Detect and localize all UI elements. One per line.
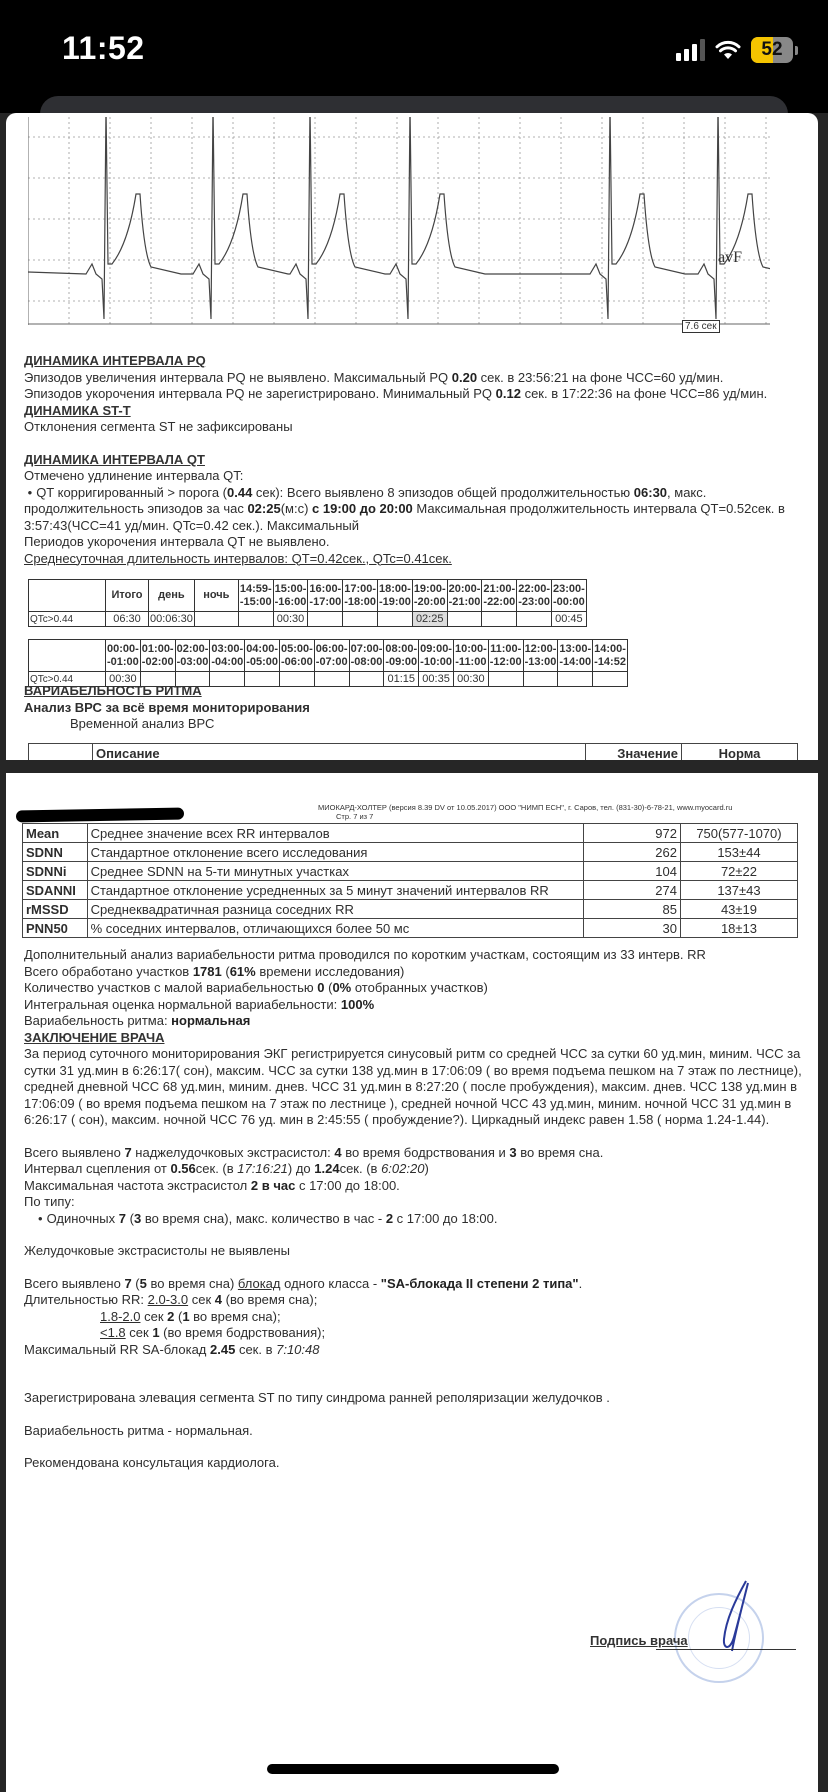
qt-col-header: 03:00--04:00 — [210, 640, 245, 672]
qt-col-header: 22:00--23:00 — [517, 580, 552, 612]
hrv-row: SDANNIСтандартное отклонение усредненных… — [23, 881, 798, 900]
qt-cell — [308, 612, 343, 627]
qt-hourly-table-1: Итогоденьночь14:59--15:0015:00--16:0016:… — [28, 579, 587, 627]
battery-level: 52 — [761, 39, 782, 61]
qt-col-header: 13:00--14:00 — [558, 640, 593, 672]
document-viewer[interactable]: avF 7.6 сек ДИНАМИКА ИНТЕРВАЛА PQ Эпизод… — [0, 113, 828, 1792]
ecg-scale-label: 7.6 сек — [682, 320, 720, 333]
hrv-row: PNN50% соседних интервалов, отличающихся… — [23, 919, 798, 938]
qt-title: ДИНАМИКА ИНТЕРВАЛА QT — [24, 452, 804, 469]
sve-line-1: Всего выявлено 7 наджелудочковых экстрас… — [24, 1145, 814, 1162]
home-indicator[interactable] — [267, 1764, 559, 1774]
hrv-time-analysis: Временной анализ ВРС — [24, 716, 804, 733]
sve-line-3: Максимальная частота экстрасистол 2 в ча… — [24, 1178, 814, 1195]
qt-col-header: 19:00--20:00 — [412, 580, 447, 612]
block-line-2: Длительностью RR: 2.0-3.0 сек 4 (во врем… — [24, 1292, 814, 1309]
block-line-4: <1.8 сек 1 (во время бодрствования); — [24, 1325, 814, 1342]
sve-line-5: Одиночных 7 (3 во время сна), макс. коли… — [24, 1211, 814, 1228]
qt-col-header: Итого — [106, 580, 149, 612]
col-norm: Норма — [682, 744, 798, 761]
qt-col-header: 16:00--17:00 — [308, 580, 343, 612]
stt-text: Отклонения сегмента ST не зафиксированы — [24, 419, 804, 436]
qt-cell — [378, 612, 413, 627]
qt-col-header: 06:00--07:00 — [314, 640, 349, 672]
conclusion-text: За период суточного мониторирования ЭКГ … — [24, 1046, 814, 1129]
hrv-row: SDNNСтандартное отклонение всего исследо… — [23, 843, 798, 862]
add-line-4: Интегральная оценка нормальной вариабель… — [24, 997, 814, 1014]
ecg-strip — [28, 117, 770, 325]
page-number: Стр. 7 из 7 — [336, 812, 373, 821]
battery-icon: 52 — [751, 37, 793, 63]
document-page-1: avF 7.6 сек ДИНАМИКА ИНТЕРВАЛА PQ Эпизод… — [6, 113, 818, 760]
qt-cell: 06:30 — [106, 612, 149, 627]
qt-hourly-table-2: 00:00--01:0001:00--02:0002:00--03:0003:0… — [28, 639, 628, 687]
status-icons: 52 — [676, 37, 798, 63]
qt-col-header: 01:00--02:00 — [140, 640, 175, 672]
qt-line-1: Отмечено удлинение интервала QT: — [24, 468, 804, 485]
col-value: Значение — [586, 744, 682, 761]
qt-col-header: 00:00--01:00 — [106, 640, 141, 672]
qt-col-header: 17:00--18:00 — [343, 580, 378, 612]
final-line-3: Рекомендована консультация кардиолога. — [24, 1455, 814, 1472]
qt-col-header: 15:00--16:00 — [273, 580, 308, 612]
qt-col-header: 08:00--09:00 — [384, 640, 419, 672]
pq-title: ДИНАМИКА ИНТЕРВАЛА PQ — [24, 353, 804, 370]
doctor-signature — [696, 1579, 766, 1659]
qt-cell — [343, 612, 378, 627]
qt-cell — [517, 612, 552, 627]
add-line-2: Всего обработано участков 1781 (61% врем… — [24, 964, 814, 981]
qt-col-header: 07:00--08:00 — [349, 640, 384, 672]
qt-cell: 02:25 — [412, 612, 447, 627]
qt-cell: 00:06:30 — [149, 612, 195, 627]
qt-col-header: 18:00--19:00 — [378, 580, 413, 612]
hrv-table: MeanСреднее значение всех RR интервалов9… — [22, 823, 798, 938]
stt-title: ДИНАМИКА ST-T — [24, 403, 804, 420]
qt-col-header: 20:00--21:00 — [447, 580, 482, 612]
status-time: 11:52 — [62, 30, 145, 67]
hrv-row: rMSSDСреднеквадратичная разница соседних… — [23, 900, 798, 919]
qt-col-header: ночь — [194, 580, 238, 612]
qt-cell — [194, 612, 238, 627]
hrv-subtitle: Анализ ВРС за всё время мониторирования — [24, 700, 804, 717]
final-line-1: Зарегистрирована элевация сегмента ST по… — [24, 1390, 814, 1407]
qt-col-header: 21:00--22:00 — [482, 580, 517, 612]
qt-cell: 00:30 — [273, 612, 308, 627]
report-header: МИОКАРД-ХОЛТЕР (версия 8.39 DV от 10.05.… — [318, 803, 732, 812]
wifi-icon — [715, 40, 741, 60]
qt-col-header: 11:00--12:00 — [488, 640, 523, 672]
block-line-1: Всего выявлено 7 (5 во время сна) блокад… — [24, 1276, 814, 1293]
add-line-3: Количество участков с малой вариабельнос… — [24, 980, 814, 997]
sve-line-2: Интервал сцепления от 0.56сек. (в 17:16:… — [24, 1161, 814, 1178]
ecg-lead-label: avF — [718, 249, 742, 267]
additional-analysis: Дополнительный анализ вариабельности рит… — [24, 947, 814, 1472]
conclusion-title: ЗАКЛЮЧЕНИЕ ВРАЧА — [24, 1030, 814, 1047]
qt-col-header: 14:59--15:00 — [238, 580, 273, 612]
battery-nub — [795, 46, 798, 55]
qt-line-4: Среднесуточная длительность интервалов: … — [24, 551, 804, 568]
qt-col-header — [29, 580, 106, 612]
cellular-signal-icon — [676, 39, 705, 61]
pq-section: ДИНАМИКА ИНТЕРВАЛА PQ Эпизодов увеличени… — [24, 353, 804, 567]
qt-col-header: день — [149, 580, 195, 612]
qt-line-3: Периодов укорочения интервала QT не выяв… — [24, 534, 804, 551]
qt-col-header: 23:00--00:00 — [552, 580, 587, 612]
block-line-3: 1.8-2.0 сек 2 (1 во время сна); — [24, 1309, 814, 1326]
qt-cell — [238, 612, 273, 627]
qt-col-header: 12:00--13:00 — [523, 640, 558, 672]
hrv-row: SDNNiСреднее SDNN на 5-ти минутных участ… — [23, 862, 798, 881]
add-line-1: Дополнительный анализ вариабельности рит… — [24, 947, 814, 964]
ve-text: Желудочковые экстрасистолы не выявлены — [24, 1243, 814, 1260]
qt-col-header — [29, 640, 106, 672]
qt-cell — [447, 612, 482, 627]
signature-label: Подпись врача — [590, 1633, 688, 1648]
redacted-name — [16, 808, 184, 823]
pq-line-2: Эпизодов укорочения интервала PQ не заре… — [24, 386, 804, 403]
final-line-2: Вариабельность ритма - нормальная. — [24, 1423, 814, 1440]
document-page-2: МИОКАРД-ХОЛТЕР (версия 8.39 DV от 10.05.… — [6, 773, 818, 1792]
pq-line-1: Эпизодов увеличения интервала PQ не выяв… — [24, 370, 804, 387]
block-line-5: Максимальный RR SA-блокад 2.45 сек. в 7:… — [24, 1342, 814, 1359]
hrv-table-header: Описание Значение Норма — [28, 743, 798, 760]
qt-col-header: 04:00--05:00 — [245, 640, 280, 672]
col-description: Описание — [93, 744, 586, 761]
qt-col-header: 10:00--11:00 — [453, 640, 488, 672]
status-bar: 11:52 52 — [0, 0, 828, 100]
qt-col-header: 09:00--10:00 — [419, 640, 454, 672]
qt-col-header: 05:00--06:00 — [279, 640, 314, 672]
qt-cell: 00:45 — [552, 612, 587, 627]
qt-bullet: QT корригированный > порога (0.44 сек): … — [24, 485, 804, 535]
add-line-5: Вариабельность ритма: нормальная — [24, 1013, 814, 1030]
qt-col-header: 14:00--14:52 — [593, 640, 628, 672]
sve-line-4: По типу: — [24, 1194, 814, 1211]
signature-line — [656, 1649, 796, 1650]
hrv-section: ВАРИАБЕЛЬНОСТЬ РИТМА Анализ ВРС за всё в… — [24, 683, 804, 733]
hrv-row: MeanСреднее значение всех RR интервалов9… — [23, 824, 798, 843]
qt-col-header: 02:00--03:00 — [175, 640, 210, 672]
qt-cell — [482, 612, 517, 627]
hrv-title: ВАРИАБЕЛЬНОСТЬ РИТМА — [24, 683, 804, 700]
qt-cell: QTc>0.44 — [29, 612, 106, 627]
